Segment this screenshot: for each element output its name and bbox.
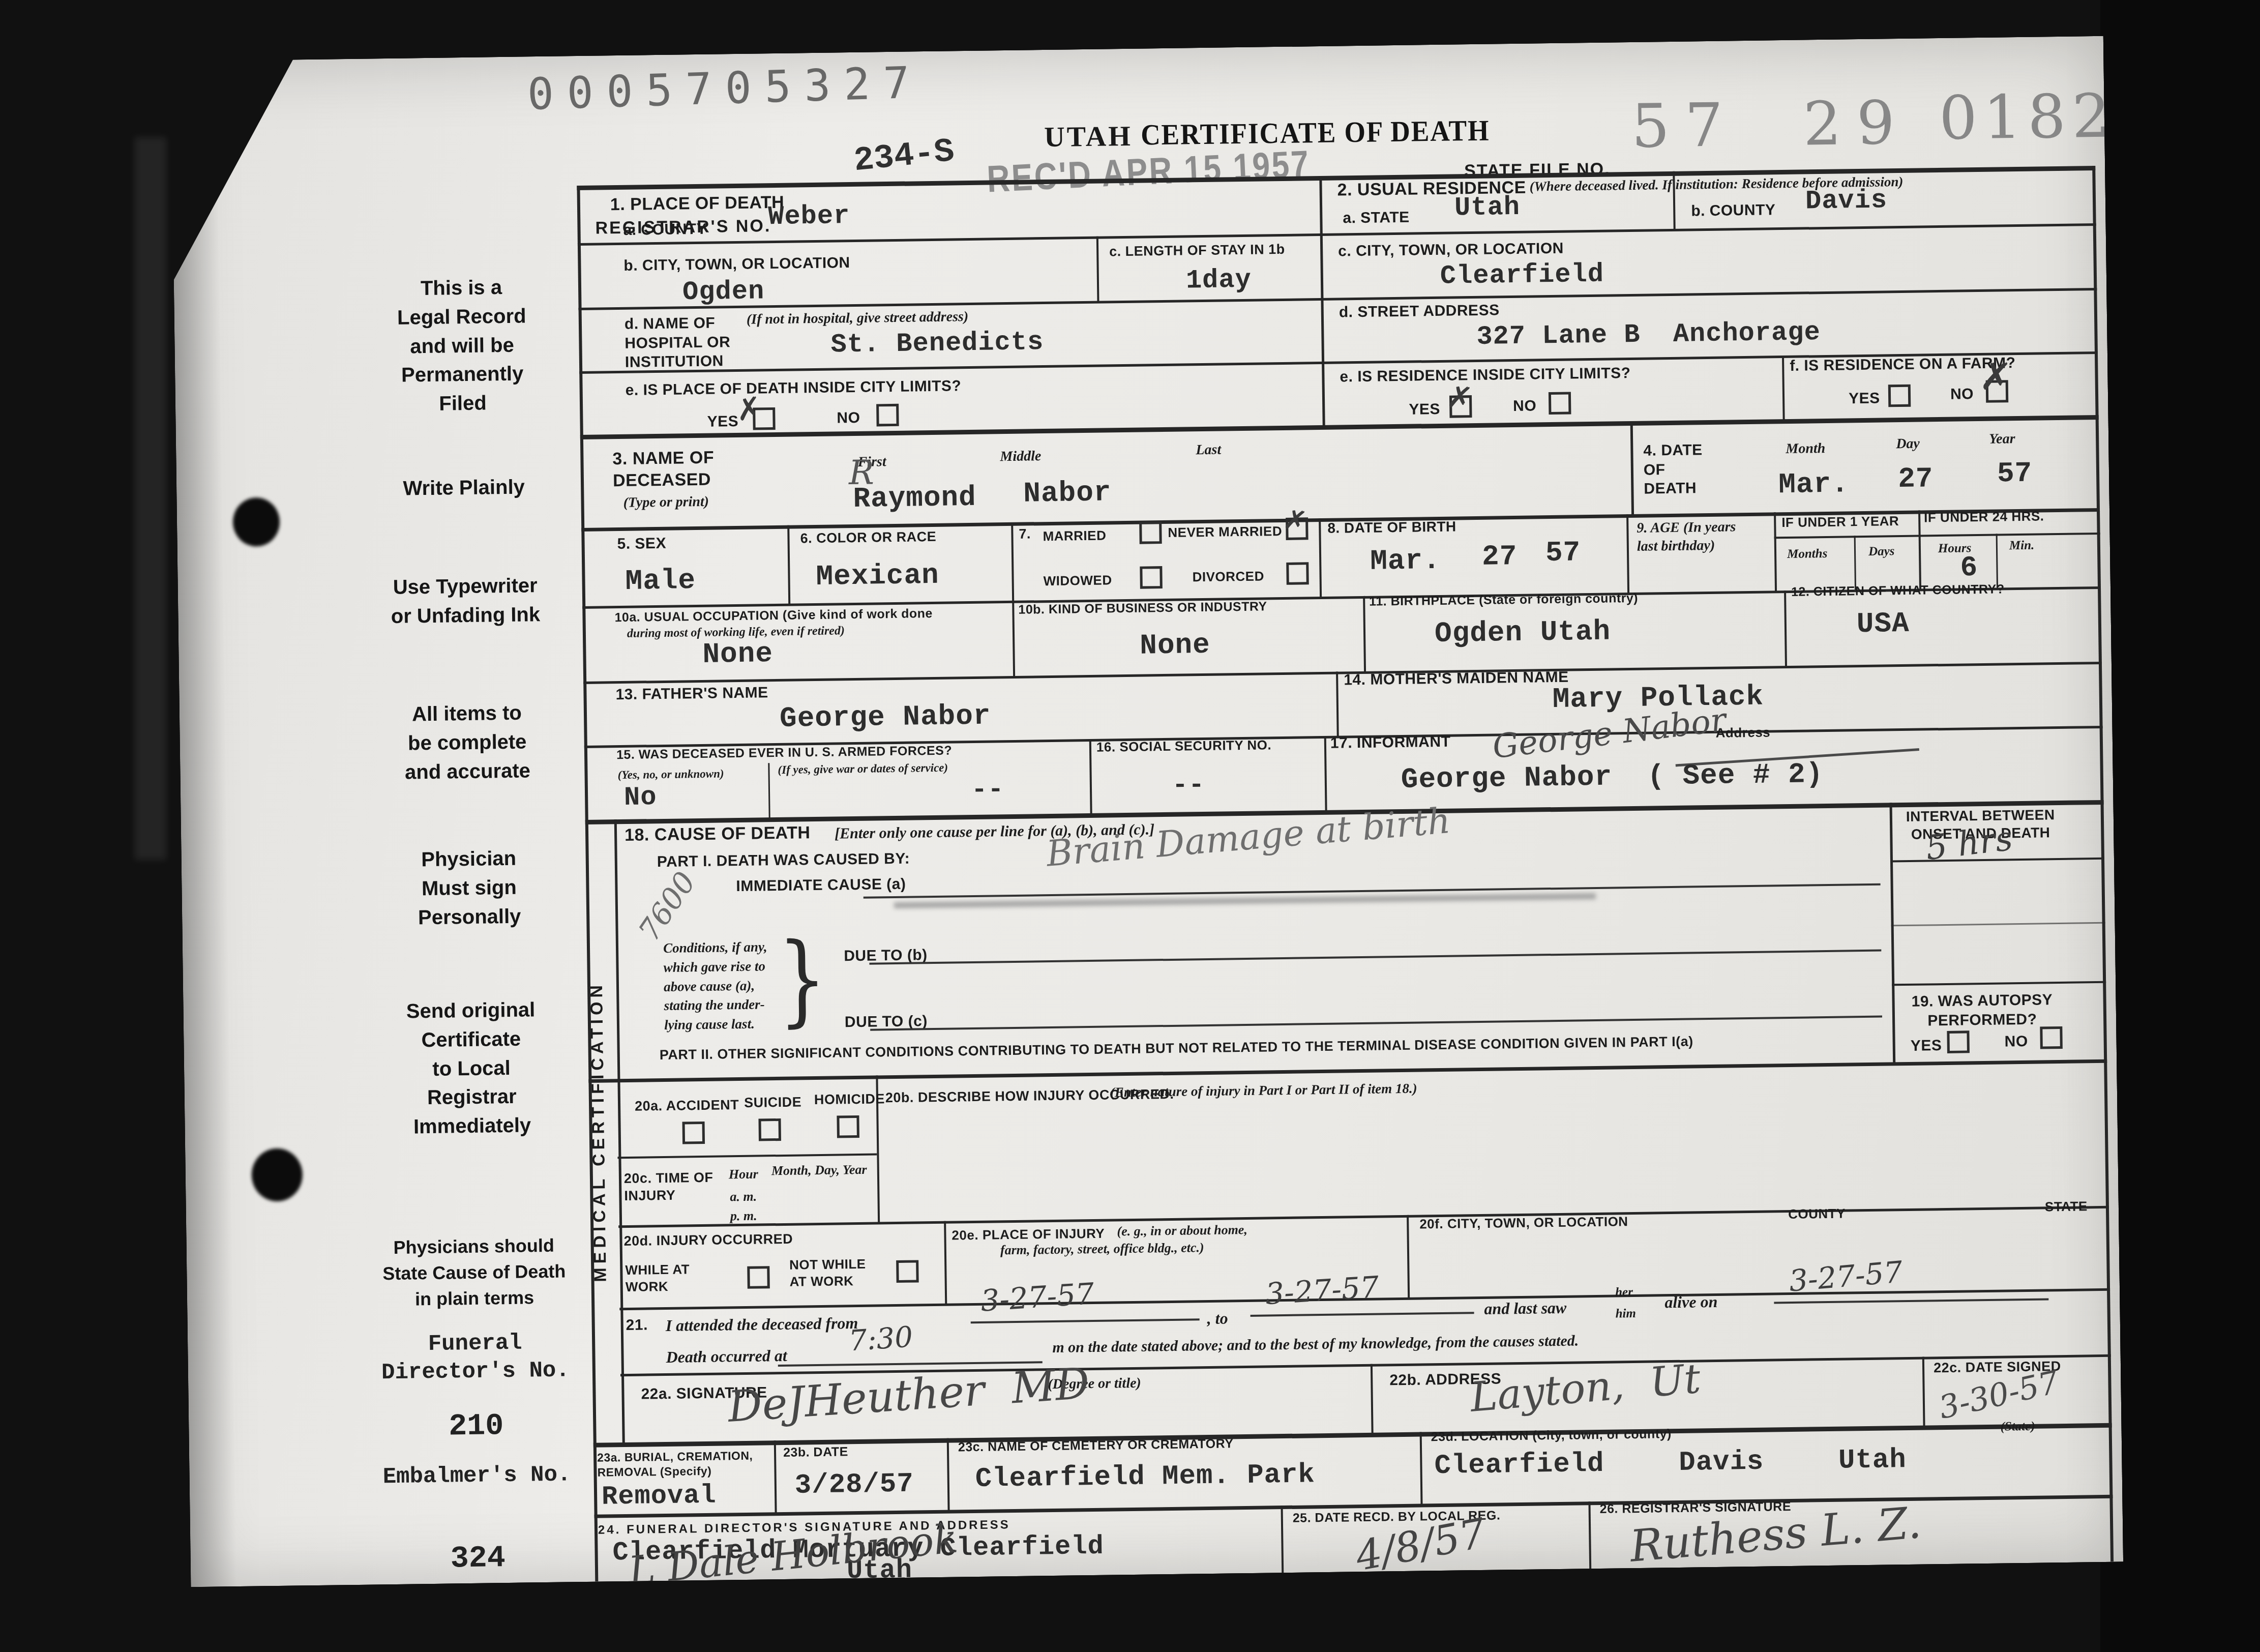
rule	[580, 415, 2099, 439]
rule	[1922, 1357, 1925, 1427]
date-of-death-label: 4. DATE OF DEATH	[1643, 440, 1703, 498]
attended-from-date: 3-27-57	[979, 1276, 1095, 1318]
armed-forces-value: No	[624, 782, 657, 813]
immediate-cause-label: IMMEDIATE CAUSE (a)	[736, 875, 906, 896]
rule	[1626, 514, 1629, 594]
attended-to-date: 3-27-57	[1264, 1270, 1380, 1311]
marital-number: 7.	[1019, 525, 1031, 543]
yes-checkbox	[1888, 385, 1911, 407]
residence-city-limits-label: e. IS RESIDENCE INSIDE CITY LIMITS?	[1340, 364, 1630, 387]
residence-city-value: Clearfield	[1440, 259, 1604, 291]
hours-value: 6	[1960, 551, 1978, 584]
rule	[1774, 533, 2100, 539]
death-year-value: 57	[1997, 457, 2033, 490]
physician-signature-handwriting: DeJHeuther MD	[726, 1359, 1091, 1432]
no-label: NO	[837, 408, 860, 428]
funeral-directors-no-label: Funeral Director's No.	[355, 1329, 595, 1388]
x-mark-icon: ✗	[734, 390, 763, 428]
age-label: 9. AGE (In years last birthday)	[1637, 518, 1736, 556]
widowed-label: WIDOWED	[1043, 572, 1112, 589]
rule	[1784, 591, 1787, 667]
county-label: a. COUNTY	[623, 220, 707, 240]
mothers-maiden-name-label: 14. MOTHER'S MAIDEN NAME	[1344, 668, 1569, 690]
certificate-paper: 0005705327 REGISTRAR'S NO. 234-S REC'D A…	[171, 36, 2123, 1587]
rule	[774, 1440, 777, 1514]
her-label: her	[1615, 1284, 1633, 1301]
type-or-print-note: (Type or print)	[623, 493, 709, 513]
rule	[617, 1154, 877, 1159]
residence-city-label: c. CITY, TOWN, OR LOCATION	[1338, 239, 1564, 261]
rule	[1281, 1506, 1284, 1573]
burial-date-value: 3/28/57	[795, 1469, 914, 1501]
attended-text-1: I attended the deceased from	[665, 1313, 858, 1337]
residence-state-value: Utah	[1454, 192, 1521, 223]
rule	[1996, 534, 1998, 589]
margin-note-legal-record: This is a Legal Record and will be Perma…	[342, 272, 583, 420]
injury-state-label: STATE	[2045, 1198, 2088, 1215]
rule	[1371, 1364, 1374, 1434]
birthplace-value: Ogden Utah	[1435, 615, 1611, 651]
rule	[588, 1059, 2107, 1083]
am-label: a. m.	[730, 1188, 757, 1205]
rule	[947, 1438, 950, 1512]
informant-address-label: Address	[1715, 724, 1770, 741]
scanned-death-certificate: { "icons": { "x_mark": "✗", "brace": "}"…	[0, 0, 2260, 1652]
month-day-year-header: Month, Day, Year	[771, 1161, 867, 1179]
first-name-value: Raymond	[853, 481, 976, 515]
rule	[1089, 739, 1092, 815]
rule	[1407, 1215, 1410, 1299]
hospital-note: (If not in hospital, give street address…	[747, 308, 969, 329]
pm-label: p. m.	[730, 1207, 757, 1225]
length-of-stay-label: c. LENGTH OF STAY IN 1b	[1109, 241, 1285, 260]
married-label: MARRIED	[1043, 527, 1106, 545]
yes-label: YES	[1409, 400, 1440, 419]
death-occurred-text: Death occurred at	[666, 1345, 787, 1368]
rule	[1782, 356, 1785, 421]
suicide-label: SUICIDE	[744, 1094, 801, 1111]
fathers-name-value: George Nabor	[780, 700, 991, 735]
margin-note-plain-terms: Physicians should State Cause of Death i…	[354, 1232, 594, 1313]
autopsy-no-checkbox	[2040, 1026, 2063, 1049]
place-of-death-title: 1. PLACE OF DEATH	[610, 192, 785, 216]
rule	[593, 1423, 2112, 1448]
state-note: (State)	[2000, 1419, 2035, 1435]
birth-day-value: 27	[1482, 540, 1518, 573]
brace-glyph: }	[777, 922, 827, 1038]
citizen-value: USA	[1856, 607, 1910, 640]
state-file-no-stamp-1: 57 29	[1631, 87, 1911, 161]
armed-forces-note-2: (If yes, give war or dates of service)	[778, 760, 948, 778]
ssn-label: 16. SOCIAL SECURITY NO.	[1096, 736, 1272, 755]
street-address-label: d. STREET ADDRESS	[1339, 301, 1500, 322]
middle-name-header: Middle	[1000, 447, 1041, 466]
punch-hole	[232, 497, 280, 547]
rule	[1319, 518, 1322, 598]
state-file-no-stamp-2: 0182	[1939, 80, 2117, 153]
page-title: CERTIFICATE OF DEATH	[1141, 113, 1490, 152]
time-of-injury-label: 20c. TIME OF INJURY	[624, 1169, 713, 1205]
margin-code-handwriting: 7600	[632, 866, 702, 947]
color-race-value: Mexican	[816, 559, 939, 593]
city-value: Ogden	[682, 276, 765, 307]
registrar-no-value: 234-S	[852, 132, 956, 180]
occupation-value: None	[702, 637, 773, 671]
rule	[579, 288, 2097, 310]
year-header: Year	[1989, 430, 2015, 449]
under-24-hrs-label: IF UNDER 24 HRS.	[1924, 508, 2044, 526]
rule	[1011, 522, 1014, 602]
rule	[1774, 512, 1777, 592]
part2-label: PART II. OTHER SIGNIFICANT CONDITIONS CO…	[660, 1031, 1875, 1064]
cemetery-value: Clearfield Mem. Park	[975, 1459, 1315, 1495]
funeral-directors-no-value: 210	[356, 1406, 596, 1448]
margin-note-all-items: All items to be complete and accurate	[347, 698, 587, 788]
no-checkbox	[876, 404, 899, 427]
death-time-handwriting: 7:30	[848, 1320, 914, 1358]
hospital-value: St. Benedicts	[830, 327, 1044, 360]
margin-note-write-plainly: Write Plainly	[344, 472, 584, 504]
rule	[1588, 1501, 1591, 1569]
attended-text-3: alive on	[1664, 1291, 1718, 1313]
rule	[1319, 176, 1325, 428]
cause-of-death-title: 18. CAUSE OF DEATH	[625, 822, 811, 846]
not-while-at-work-label: NOT WHILE AT WORK	[789, 1256, 866, 1290]
scan-right-band	[2100, 0, 2260, 1652]
armed-forces-dates-value: --	[971, 775, 1004, 805]
injury-city-label: 20f. CITY, TOWN, OR LOCATION	[1419, 1213, 1628, 1232]
cemetery-location-value: Clearfield Davis Utah	[1434, 1444, 1907, 1482]
birth-month-value: Mar.	[1370, 544, 1441, 578]
burial-value: Removal	[602, 1481, 717, 1512]
cemetery-label: 23c. NAME OF CEMETERY OR CREMATORY	[958, 1436, 1234, 1455]
rule	[1630, 421, 1634, 516]
residence-county-value: Davis	[1805, 185, 1888, 216]
color-race-label: 6. COLOR OR RACE	[800, 528, 936, 547]
punch-hole	[251, 1148, 303, 1201]
birth-year-value: 57	[1545, 536, 1581, 569]
rule	[1892, 981, 2106, 986]
x-mark-icon: ✗	[1445, 378, 1475, 417]
length-of-stay-value: 1day	[1186, 265, 1252, 296]
autopsy-yes-checkbox	[1947, 1030, 1970, 1053]
rule	[618, 1206, 2109, 1228]
fathers-name-label: 13. FATHER'S NAME	[615, 683, 768, 704]
under-1-year-label: IF UNDER 1 YEAR	[1781, 513, 1899, 531]
no-checkbox	[1549, 392, 1571, 415]
informant-value: George Nabor ( See # 2)	[1401, 758, 1823, 796]
conditions-note: Conditions, if any, which gave rise to a…	[663, 937, 768, 1035]
serial-number-stamp: 0005705327	[527, 57, 924, 120]
margin-note-use-typewriter: Use Typewriter or Unfading Ink	[345, 571, 585, 632]
months-header: Months	[1787, 546, 1828, 563]
attended-to-text: , to	[1207, 1308, 1228, 1330]
informant-label: 17. INFORMANT	[1330, 732, 1451, 753]
widowed-checkbox	[1140, 566, 1163, 589]
date-of-birth-label: 8. DATE OF BIRTH	[1327, 517, 1456, 537]
him-label: him	[1615, 1306, 1636, 1322]
while-at-work-label: WHILE AT WORK	[625, 1261, 690, 1295]
rule	[1890, 803, 1896, 1064]
rule	[787, 525, 790, 605]
death-occurred-text-2: m on the date stated above; and to the b…	[1052, 1331, 1579, 1358]
margin-note-physician-sign: Physician Must sign Personally	[349, 843, 589, 933]
autopsy-label: 19. WAS AUTOPSY PERFORMED?	[1911, 990, 2053, 1030]
blank-line	[1774, 1298, 2048, 1304]
yes-label: YES	[707, 412, 738, 431]
married-checkbox	[1139, 521, 1162, 544]
injury-county-label: COUNTY	[1788, 1205, 1846, 1223]
cemetery-location-label: 23d. LOCATION (City, town, or county)	[1431, 1426, 1672, 1445]
armed-forces-note-1: (Yes, no, or unknown)	[617, 766, 724, 783]
describe-injury-note: (Enter nature of injury in Part I or Par…	[1110, 1080, 1417, 1102]
birthplace-label: 11. BIRTHPLACE (State or foreign country…	[1369, 591, 1638, 610]
attended-number: 21.	[626, 1315, 648, 1335]
divorced-label: DIVORCED	[1192, 568, 1264, 585]
death-city-limits-label: e. IS PLACE OF DEATH INSIDE CITY LIMITS?	[625, 376, 961, 400]
not-while-at-work-checkbox	[896, 1260, 919, 1283]
death-month-value: Mar.	[1778, 467, 1849, 501]
cause-line-c	[870, 1016, 1882, 1031]
rule	[768, 763, 770, 819]
death-day-value: 27	[1898, 462, 1934, 495]
name-of-deceased-label: 3. NAME OF DECEASED	[612, 447, 715, 492]
day-header: Day	[1896, 435, 1920, 454]
rule	[1420, 1432, 1423, 1506]
homicide-checkbox	[837, 1115, 859, 1138]
no-label: NO	[1513, 396, 1536, 416]
divorced-checkbox	[1286, 562, 1309, 585]
rule	[1854, 536, 1856, 591]
no-label: NO	[1950, 385, 1974, 404]
burial-date-label: 23b. DATE	[783, 1444, 848, 1461]
ssn-value: --	[1172, 770, 1205, 801]
scan-left-stamp-smudge	[135, 137, 166, 860]
days-header: Days	[1868, 543, 1895, 560]
occupation-label: 10a. USUAL OCCUPATION (Give kind of work…	[614, 606, 933, 626]
edge-shadow	[171, 61, 236, 1587]
hour-header: Hour	[729, 1166, 758, 1184]
blank-line	[1251, 1312, 1474, 1317]
accident-label: 20a. ACCIDENT	[635, 1097, 739, 1115]
sex-label: 5. SEX	[617, 534, 666, 554]
yes-label: YES	[1911, 1036, 1942, 1055]
embalmers-no-value: 324	[358, 1539, 598, 1580]
residence-state-label: a. STATE	[1343, 208, 1410, 228]
yes-label: YES	[1849, 389, 1880, 408]
part1-label: PART I. DEATH WAS CAUSED BY:	[657, 849, 910, 872]
rule	[1336, 672, 1339, 737]
minutes-header: Min.	[2009, 538, 2035, 554]
rule	[1363, 596, 1366, 673]
middle-name-value: Nabor	[1023, 476, 1112, 510]
citizen-label: 12. CITIZEN OF WHAT COUNTRY?	[1791, 581, 2005, 600]
last-name-header: Last	[1196, 441, 1221, 460]
title-utah: UTAH	[1044, 120, 1133, 154]
no-label: NO	[2004, 1032, 2028, 1051]
hospital-label: d. NAME OF HOSPITAL OR INSTITUTION	[625, 313, 731, 372]
rule	[1012, 601, 1015, 677]
sex-value: Male	[625, 564, 696, 598]
burial-label: 23a. BURIAL, CREMATION, REMOVAL (Specify…	[597, 1449, 753, 1480]
blank-line	[971, 1318, 1200, 1323]
never-married-label: NEVER MARRIED	[1168, 523, 1282, 541]
cause-line-b	[869, 950, 1881, 965]
street-address-value: 327 Lane B Anchorage	[1476, 317, 1821, 352]
rule	[1096, 237, 1099, 303]
homicide-label: HOMICIDE	[814, 1090, 885, 1109]
margin-note-send-original: Send original Certificate to Local Regis…	[351, 995, 592, 1142]
place-of-injury-note: (e. g., in or about home, farm, factory,…	[1000, 1221, 1247, 1259]
x-mark-icon: ✗	[1978, 353, 2013, 400]
city-label: b. CITY, TOWN, OR LOCATION	[623, 253, 850, 275]
industry-label: 10b. KIND OF BUSINESS OR INDUSTRY	[1018, 599, 1267, 618]
county-value: Weber	[768, 201, 850, 232]
rule	[1324, 736, 1327, 812]
injury-occurred-label: 20d. INJURY OCCURRED	[623, 1231, 793, 1250]
month-header: Month	[1786, 439, 1825, 458]
rule	[1918, 511, 1921, 591]
attended-text-2: and last saw	[1484, 1297, 1566, 1320]
embalmers-no-label: Embalmer's No.	[357, 1461, 597, 1492]
while-at-work-checkbox	[747, 1266, 770, 1289]
residence-county-label: b. COUNTY	[1691, 200, 1776, 221]
suicide-checkbox	[758, 1118, 781, 1141]
rule	[583, 662, 2102, 684]
industry-value: None	[1140, 629, 1210, 662]
rule	[1891, 922, 2105, 927]
accident-checkbox	[682, 1122, 705, 1144]
rule	[944, 1221, 947, 1305]
